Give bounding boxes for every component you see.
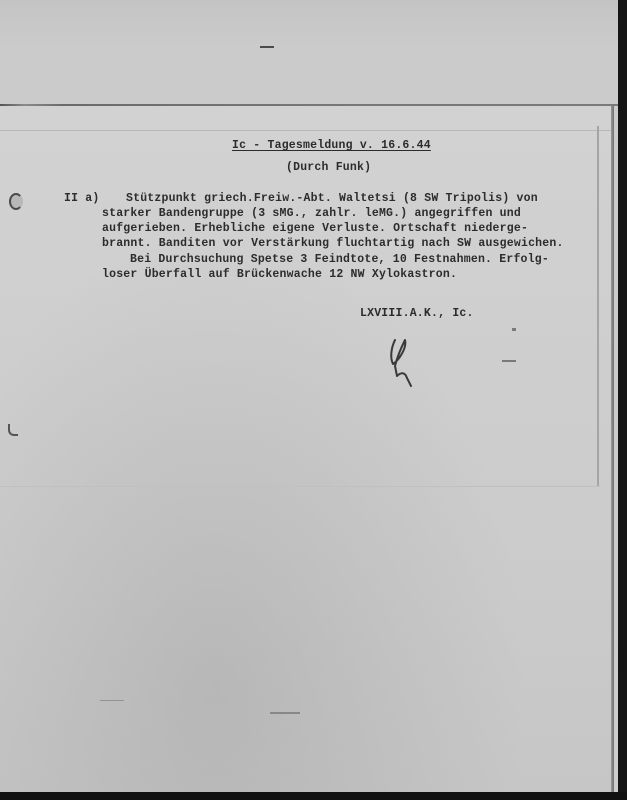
document-subtitle: (Durch Funk) (286, 160, 371, 175)
punch-hole-icon (9, 193, 23, 210)
corner-mark-icon (8, 424, 18, 436)
body-line: Stützpunkt griech.Freiw.-Abt. Waltetsi (… (126, 191, 538, 206)
document-title: Ic - Tagesmeldung v. 16.6.44 (232, 138, 431, 153)
stray-mark (502, 360, 516, 362)
sheet-fold-line (0, 130, 614, 131)
sender-block: LXVIII.A.K., Ic. (360, 306, 474, 321)
body-line: brannt. Banditen vor Verstärkung fluchta… (102, 236, 564, 251)
signature-icon (385, 334, 425, 390)
scan-border-right (618, 0, 627, 800)
section-label: II a) (64, 191, 100, 206)
body-line: starker Bandengruppe (3 sMG., zahlr. leM… (102, 206, 521, 221)
stray-mark (512, 328, 516, 331)
inner-card-edge-bottom (0, 486, 600, 487)
stray-mark (270, 712, 300, 714)
body-line: loser Überfall auf Brückenwache 12 NW Xy… (102, 267, 457, 282)
scan-border-bottom (0, 792, 627, 800)
ink-smudge (260, 46, 274, 48)
sheet-right-edge (611, 106, 614, 792)
inner-card-edge-right (597, 126, 599, 486)
body-line: aufgerieben. Erhebliche eigene Verluste.… (102, 221, 528, 236)
body-line: Bei Durchsuchung Spetse 3 Feindtote, 10 … (130, 252, 549, 267)
stray-mark (100, 700, 124, 701)
